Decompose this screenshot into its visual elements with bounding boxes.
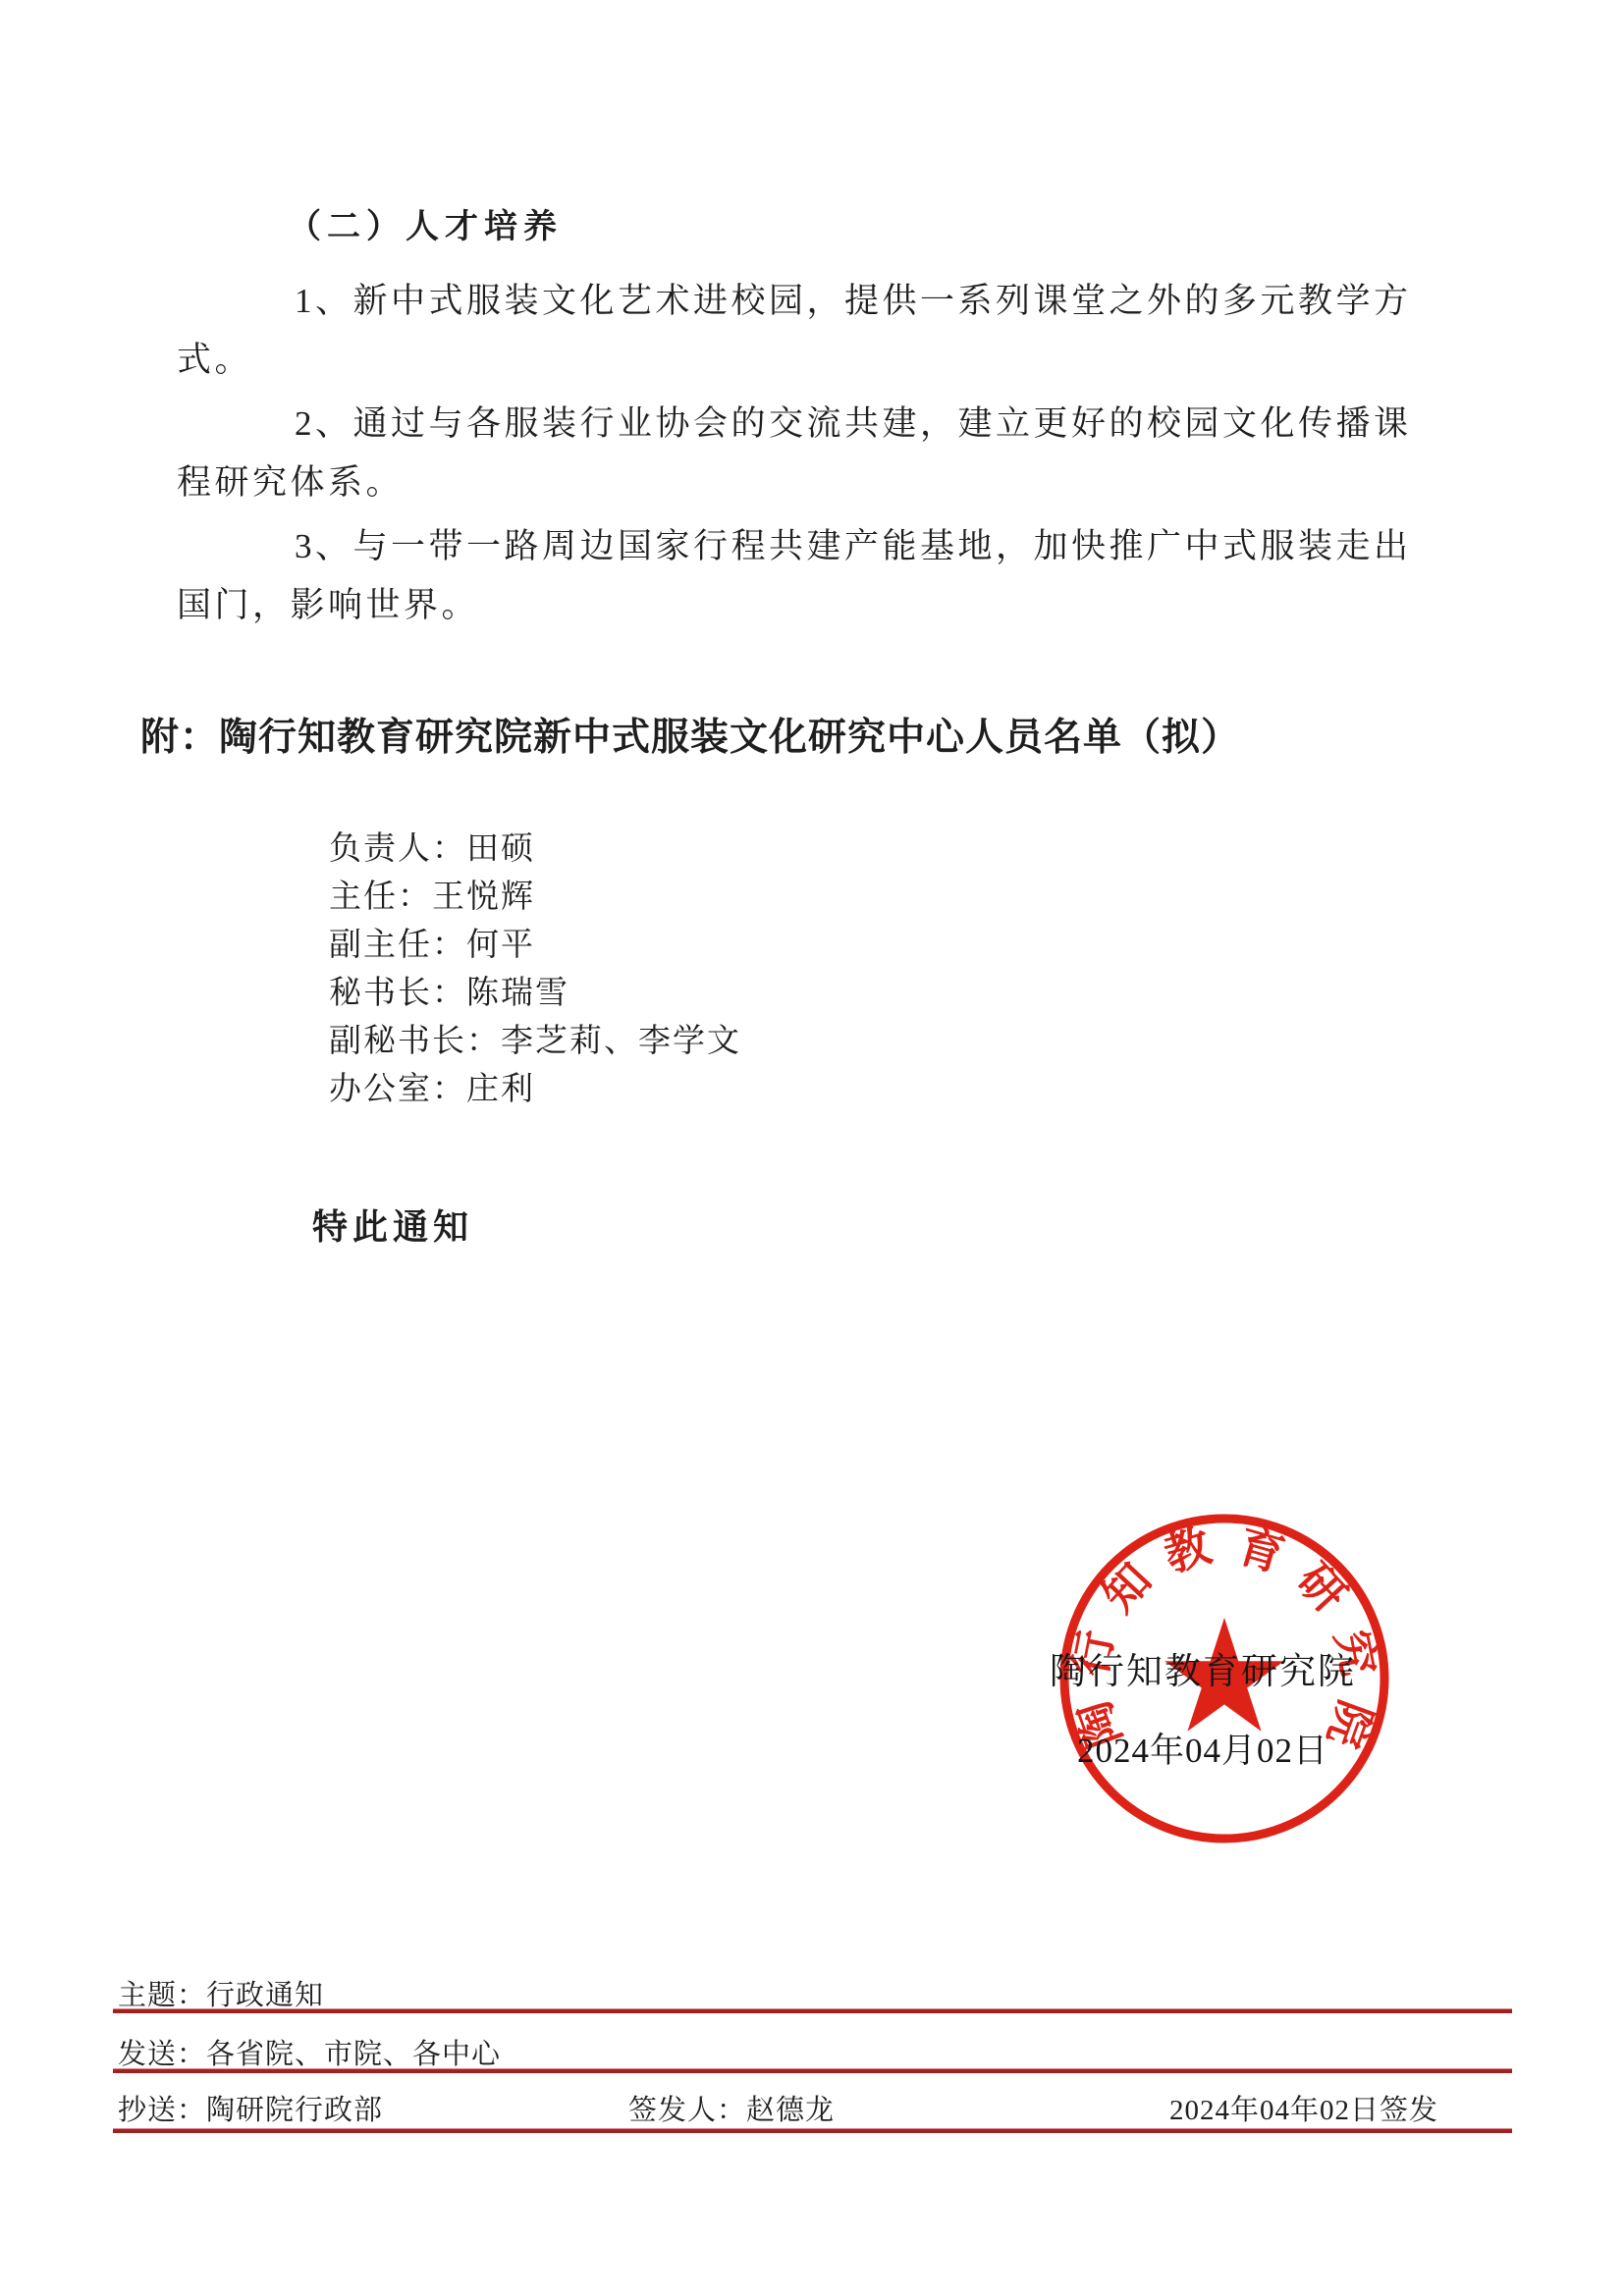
section-heading: （二）人才培养: [288, 199, 563, 247]
seal-ring-char: 研: [1288, 1554, 1356, 1621]
footer-send-to: 发送：各省院、市院、各中心: [118, 2032, 501, 2072]
personnel-item-director: 主任：王悦辉: [329, 871, 535, 917]
attachment-heading: 附：陶行知教育研究院新中式服装文化研究中心人员名单（拟）: [140, 707, 1240, 762]
paragraph-3-line-2: 国门，影响世界。: [177, 578, 479, 627]
divider-line-1: [113, 2008, 1512, 2013]
document-page: （二）人才培养 1、新中式服装文化艺术进校园，提供一系列课堂之外的多元教学方 式…: [0, 0, 1624, 2296]
signature-date: 2024年04月02日: [1001, 1724, 1404, 1773]
personnel-item-secretary-general: 秘书长：陈瑞雪: [329, 967, 569, 1013]
paragraph-2-line-1: 2、通过与各服装行业协会的交流共建，建立更好的校园文化传播课: [295, 397, 1412, 446]
seal-ring-char: 育: [1232, 1521, 1289, 1581]
footer-subject: 主题：行政通知: [118, 1973, 324, 2013]
paragraph-3-line-1: 3、与一带一路周边国家行程共建产能基地，加快推广中式服装走出: [295, 519, 1412, 568]
closing-text: 特此通知: [312, 1200, 473, 1250]
divider-line-2: [113, 2068, 1512, 2073]
footer-signer: 签发人：赵德龙: [628, 2088, 835, 2128]
personnel-item-leader: 负责人：田硕: [329, 823, 535, 869]
footer-cc: 抄送：陶研院行政部: [118, 2088, 383, 2128]
signature-org: 陶行知教育研究院: [1001, 1641, 1404, 1694]
divider-line-3: [113, 2128, 1512, 2133]
paragraph-2-line-2: 程研究体系。: [177, 455, 404, 505]
personnel-item-deputy-secretary-general: 副秘书长：李芝莉、李学文: [329, 1015, 741, 1061]
paragraph-1-line-2: 式。: [177, 333, 252, 382]
seal-ring-char: 知: [1094, 1554, 1162, 1621]
paragraph-1-line-1: 1、新中式服装文化艺术进校园，提供一系列课堂之外的多元教学方: [295, 274, 1412, 323]
footer-issue-date: 2024年04年02日签发: [987, 2088, 1438, 2128]
personnel-item-office: 办公室：庄利: [329, 1063, 535, 1109]
personnel-item-deputy-director: 副主任：何平: [329, 919, 535, 965]
